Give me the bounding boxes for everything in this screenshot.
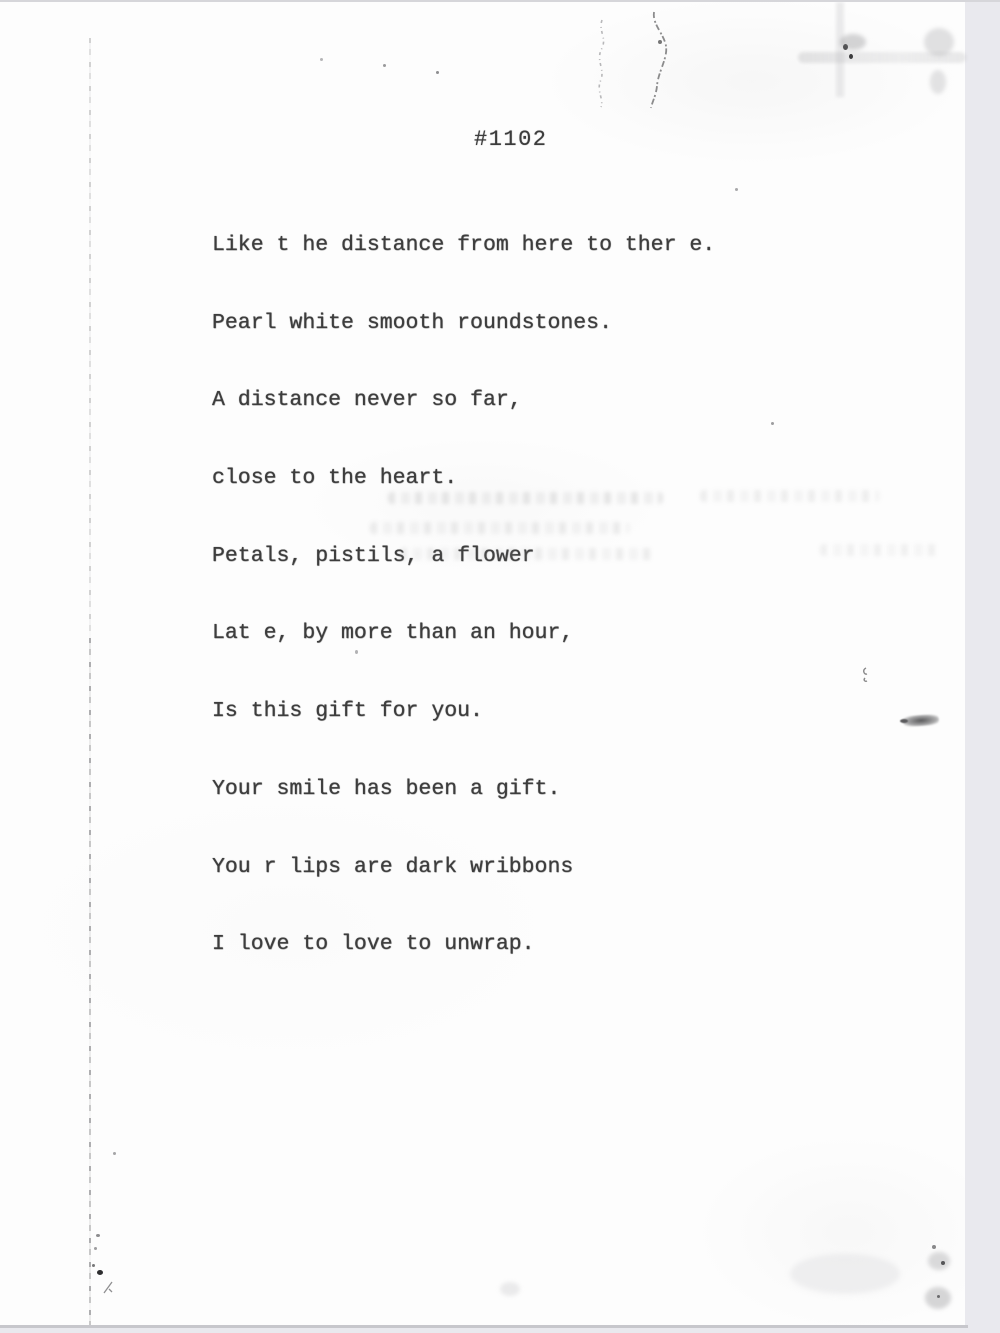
ink-curl-mark — [860, 666, 874, 684]
ink-speck — [900, 719, 908, 723]
scan-smudge — [924, 28, 954, 56]
fold-crease-fade — [89, 38, 91, 638]
paper-speck — [383, 64, 386, 67]
ink-smudge-blob — [903, 714, 940, 727]
paper-speck — [320, 58, 323, 61]
ghost-text-row — [400, 548, 655, 560]
poem-line: A distance never so far, — [212, 388, 715, 414]
scanned-document: #1102 Like t he distance from here to th… — [0, 0, 1000, 1333]
poem-line: Lat e, by more than an hour, — [212, 621, 715, 647]
paper-speck — [113, 1152, 116, 1155]
poem-line: Pearl white smooth roundstones. — [212, 311, 715, 337]
scan-smudge — [925, 1287, 951, 1309]
scan-top-edge — [0, 0, 1000, 2]
paper-sheet: #1102 Like t he distance from here to th… — [0, 2, 965, 1325]
paper-speck — [932, 1245, 936, 1249]
paper-speck — [94, 1247, 97, 1250]
scan-squiggle-marks — [588, 12, 678, 112]
ghost-text-row — [370, 522, 630, 534]
paper-speck — [92, 1264, 95, 1267]
ghost-text-row — [388, 492, 663, 504]
paper-speck — [436, 71, 439, 74]
poem-line: Is this gift for you. — [212, 699, 715, 725]
paper-speck — [771, 422, 774, 425]
ink-speck — [849, 54, 853, 59]
poem-text: Like t he distance from here to ther e. … — [212, 181, 715, 1010]
poem-line: Your smile has been a gift. — [212, 777, 715, 803]
scan-bottom-edge — [0, 1325, 968, 1328]
scan-smudge — [840, 34, 866, 50]
poem-line: close to the heart. — [212, 466, 715, 492]
scan-streak-vertical — [836, 2, 844, 97]
scan-smudge — [930, 70, 946, 94]
paper-speck — [937, 1295, 940, 1298]
paper-speck — [96, 1234, 100, 1237]
poem-line: Like t he distance from here to ther e. — [212, 233, 715, 259]
poem-line: I love to love to unwrap. — [212, 932, 715, 958]
paper-speck — [355, 650, 358, 654]
scan-smudge — [928, 1252, 950, 1270]
ink-speck — [97, 1270, 103, 1275]
scan-smudge — [790, 1254, 900, 1294]
ghost-text-row — [700, 490, 880, 502]
paper-speck — [735, 188, 738, 191]
scan-smudge — [500, 1282, 520, 1296]
scratch-mark — [100, 1280, 116, 1296]
poem-line: You r lips are dark wribbons — [212, 855, 715, 881]
poem-number: #1102 — [474, 127, 548, 152]
ghost-text-row — [820, 544, 940, 556]
